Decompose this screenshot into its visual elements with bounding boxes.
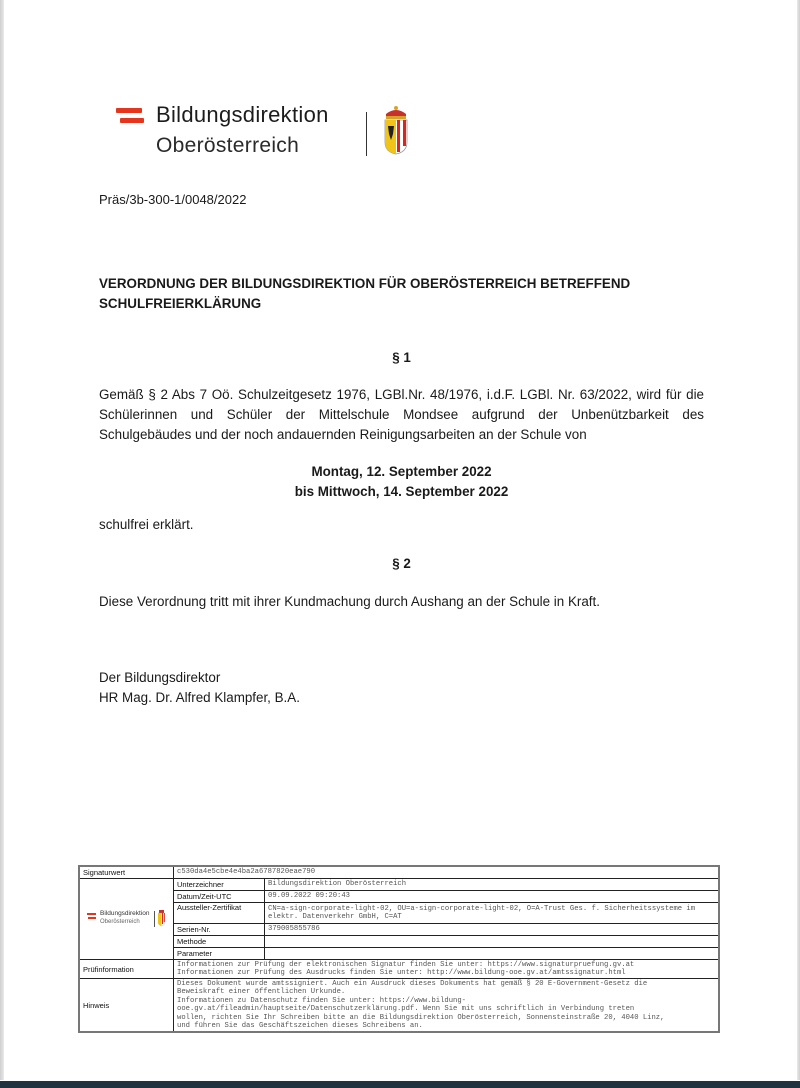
austria-flag-stripes-icon (87, 913, 96, 915)
signature-area: Der Bildungsdirektor HR Mag. Dr. Alfred … (99, 668, 704, 708)
unterzeichner-label: Unterzeichner (174, 879, 265, 891)
pruefinformation-line2: Informationen zur Prüfung des Ausdrucks … (177, 969, 715, 977)
table-row: Methode (79, 936, 719, 948)
page-shadow-left (0, 0, 4, 1080)
hinweis-line1: Dieses Dokument wurde amtssigniert. Auch… (177, 980, 715, 988)
upper-austria-coat-of-arms-icon (158, 910, 165, 926)
signatory-name: HR Mag. Dr. Alfred Klampfer, B.A. (99, 688, 704, 708)
table-row: Signaturwert c530da4e5cbe4e4ba2a6787820e… (79, 866, 719, 879)
hinweis-line3: Informationen zu Datenschutz finden Sie … (177, 997, 715, 1005)
org-name-line1: Bildungsdirektion (156, 102, 329, 128)
mini-letterhead-logo: Bildungsdirektion Oberösterreich (83, 907, 170, 931)
table-row: Datum/Zeit-UTC 09.09.2022 09:20:43 (79, 891, 719, 903)
pruefinformation-value: Informationen zur Prüfung der elektronis… (174, 960, 720, 979)
aussteller-zertifikat-label: Aussteller-Zertifikat (174, 903, 265, 924)
aussteller-zertifikat-value: CN=a-sign-corporate-light-02, OU=a-sign-… (265, 903, 720, 924)
viewer-bottom-bar (0, 1081, 800, 1088)
table-row: Hinweis Dieses Dokument wurde amtssignie… (79, 979, 719, 1033)
section-1-heading: § 1 (99, 350, 704, 365)
signaturwert-value: c530da4e5cbe4e4ba2a6787820eae790 (174, 866, 720, 879)
parameter-value (265, 948, 720, 960)
unterzeichner-value: Bildungsdirektion Oberösterreich (265, 879, 720, 891)
section-1-closing: schulfrei erklärt. (99, 517, 704, 532)
section-2-heading: § 2 (99, 556, 704, 571)
date-to: bis Mittwoch, 14. September 2022 (99, 482, 704, 502)
parameter-label: Parameter (174, 948, 265, 960)
upper-austria-coat-of-arms-icon (382, 104, 410, 156)
methode-label: Methode (174, 936, 265, 948)
section-2-text: Diese Verordnung tritt mit ihrer Kundmac… (99, 594, 704, 609)
hinweis-line6: und führen Sie das Geschäftszeichen dies… (177, 1022, 715, 1030)
mini-logo-line1: Bildungsdirektion (100, 910, 150, 917)
signatory-role: Der Bildungsdirektor (99, 668, 704, 688)
logo-divider (366, 112, 367, 156)
mini-logo-line2: Oberösterreich (100, 919, 140, 925)
date-from: Montag, 12. September 2022 (99, 462, 704, 482)
table-row: Serien-Nr. 379005855786 (79, 924, 719, 936)
datum-zeit-label: Datum/Zeit-UTC (174, 891, 265, 903)
serien-nr-label: Serien-Nr. (174, 924, 265, 936)
document-title: VERORDNUNG DER BILDUNGSDIREKTION FÜR OBE… (99, 274, 704, 314)
signaturwert-label: Signaturwert (79, 866, 174, 879)
pruefinformation-label: Prüfinformation (79, 960, 174, 979)
austria-flag-stripes-icon (116, 108, 144, 124)
table-row: Prüfinformation Informationen zur Prüfun… (79, 960, 719, 979)
table-row: Aussteller-Zertifikat CN=a-sign-corporat… (79, 903, 719, 924)
hinweis-value: Dieses Dokument wurde amtssigniert. Auch… (174, 979, 720, 1033)
hinweis-line4: ooe.gv.at/fileadmin/hauptseite/Datenschu… (177, 1005, 715, 1013)
table-row: Parameter (79, 948, 719, 960)
methode-value (265, 936, 720, 948)
hinweis-label: Hinweis (79, 979, 174, 1033)
org-name-line2: Oberösterreich (156, 134, 299, 158)
document-reference-number: Präs/3b-300-1/0048/2022 (99, 192, 704, 207)
mini-logo-cell: Bildungsdirektion Oberösterreich (79, 879, 174, 960)
hinweis-line5: wollen, richten Sie Ihr Schreiben bitte … (177, 1014, 715, 1022)
hinweis-line2: Beweiskraft einer öffentlichen Urkunde. (177, 988, 715, 996)
table-row: Bildungsdirektion Oberösterreich Unterze… (79, 879, 719, 891)
closure-dates: Montag, 12. September 2022 bis Mittwoch,… (99, 462, 704, 502)
section-1-text: Gemäß § 2 Abs 7 Oö. Schulzeitgesetz 1976… (99, 385, 704, 445)
pruefinformation-line1: Informationen zur Prüfung der elektronis… (177, 961, 715, 969)
serien-nr-value: 379005855786 (265, 924, 720, 936)
official-signature-block: Signaturwert c530da4e5cbe4e4ba2a6787820e… (78, 865, 720, 1033)
datum-zeit-value: 09.09.2022 09:20:43 (265, 891, 720, 903)
